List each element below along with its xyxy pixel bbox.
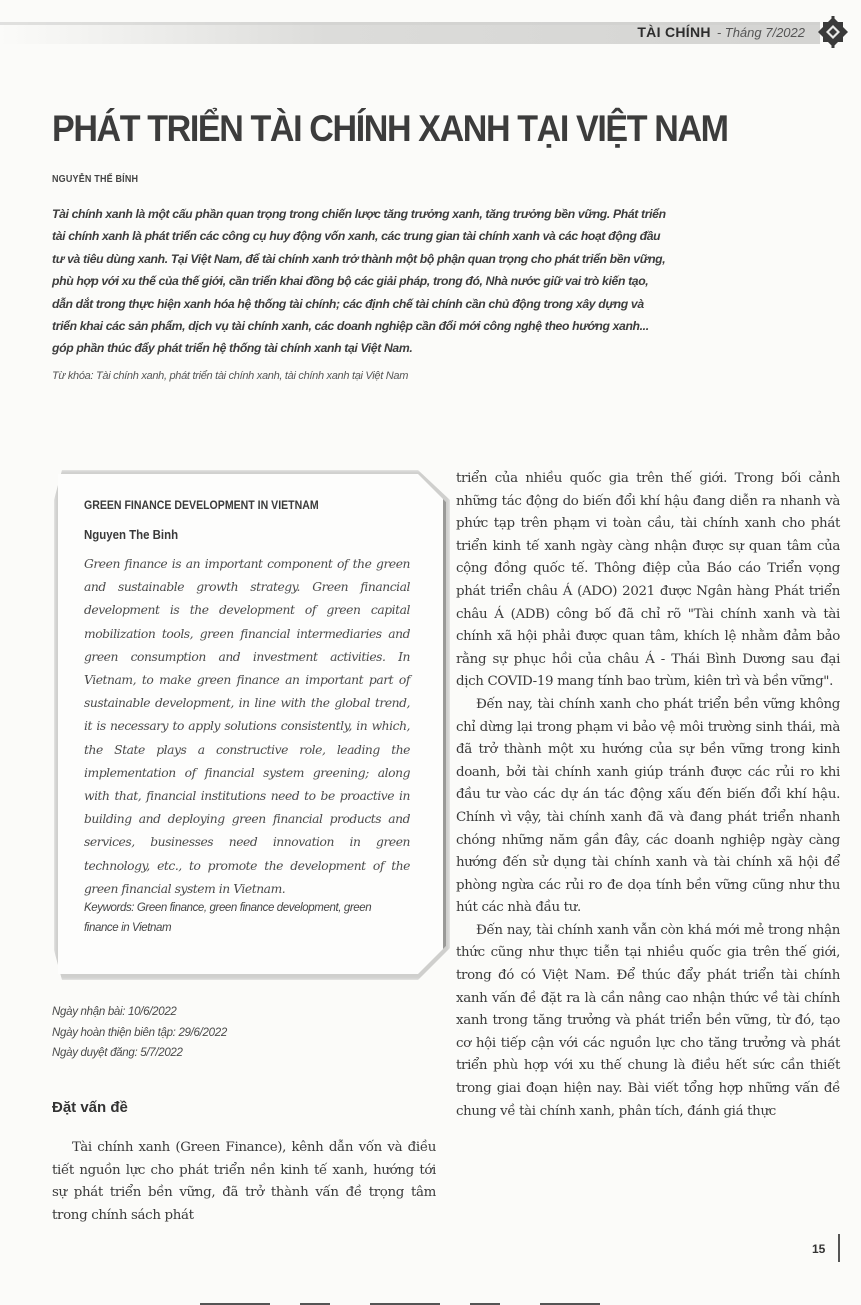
date-revised: Ngày hoàn thiện biên tập: 29/6/2022	[52, 1023, 227, 1044]
english-abstract: Green finance is an important component …	[84, 553, 410, 901]
english-author: Nguyen The Binh	[84, 527, 178, 542]
body-column-left: Tài chính xanh (Green Finance), kênh dẫn…	[52, 1137, 436, 1227]
diamond-emblem-icon	[817, 16, 849, 48]
body-paragraph: Đến nay, tài chính xanh cho phát triển b…	[456, 694, 840, 920]
body-column-right: triển của nhiều quốc gia trên thế giới. …	[456, 468, 840, 1123]
abstract-vietnamese: Tài chính xanh là một cấu phần quan trọn…	[52, 203, 667, 360]
article-title: PHÁT TRIỂN TÀI CHÍNH XANH TẠI VIỆT NAM	[52, 108, 728, 150]
keywords-vietnamese: Từ khóa: Tài chính xanh, phát triển tài …	[52, 370, 408, 382]
article-author: NGUYỄN THẾ BÍNH	[52, 174, 138, 185]
body-paragraph: Đến nay, tài chính xanh vẫn còn khá mới …	[456, 920, 840, 1123]
article-dates: Ngày nhận bài: 10/6/2022 Ngày hoàn thiện…	[52, 1002, 227, 1064]
running-header: TÀI CHÍNH- Tháng 7/2022	[637, 24, 805, 40]
page-number: 15	[812, 1242, 825, 1256]
body-paragraph: triển của nhiều quốc gia trên thế giới. …	[456, 468, 840, 694]
page-number-bar	[838, 1234, 840, 1262]
date-received: Ngày nhận bài: 10/6/2022	[52, 1002, 227, 1023]
english-title: GREEN FINANCE DEVELOPMENT IN VIETNAM	[84, 498, 319, 512]
journal-issue: - Tháng 7/2022	[717, 25, 805, 40]
body-paragraph: Tài chính xanh (Green Finance), kênh dẫn…	[52, 1137, 436, 1227]
section-heading: Đặt vấn đề	[52, 1099, 128, 1116]
date-approved: Ngày duyệt đăng: 5/7/2022	[52, 1043, 227, 1064]
english-keywords: Keywords: Green finance, green finance d…	[84, 898, 404, 938]
journal-section: TÀI CHÍNH	[637, 24, 710, 40]
